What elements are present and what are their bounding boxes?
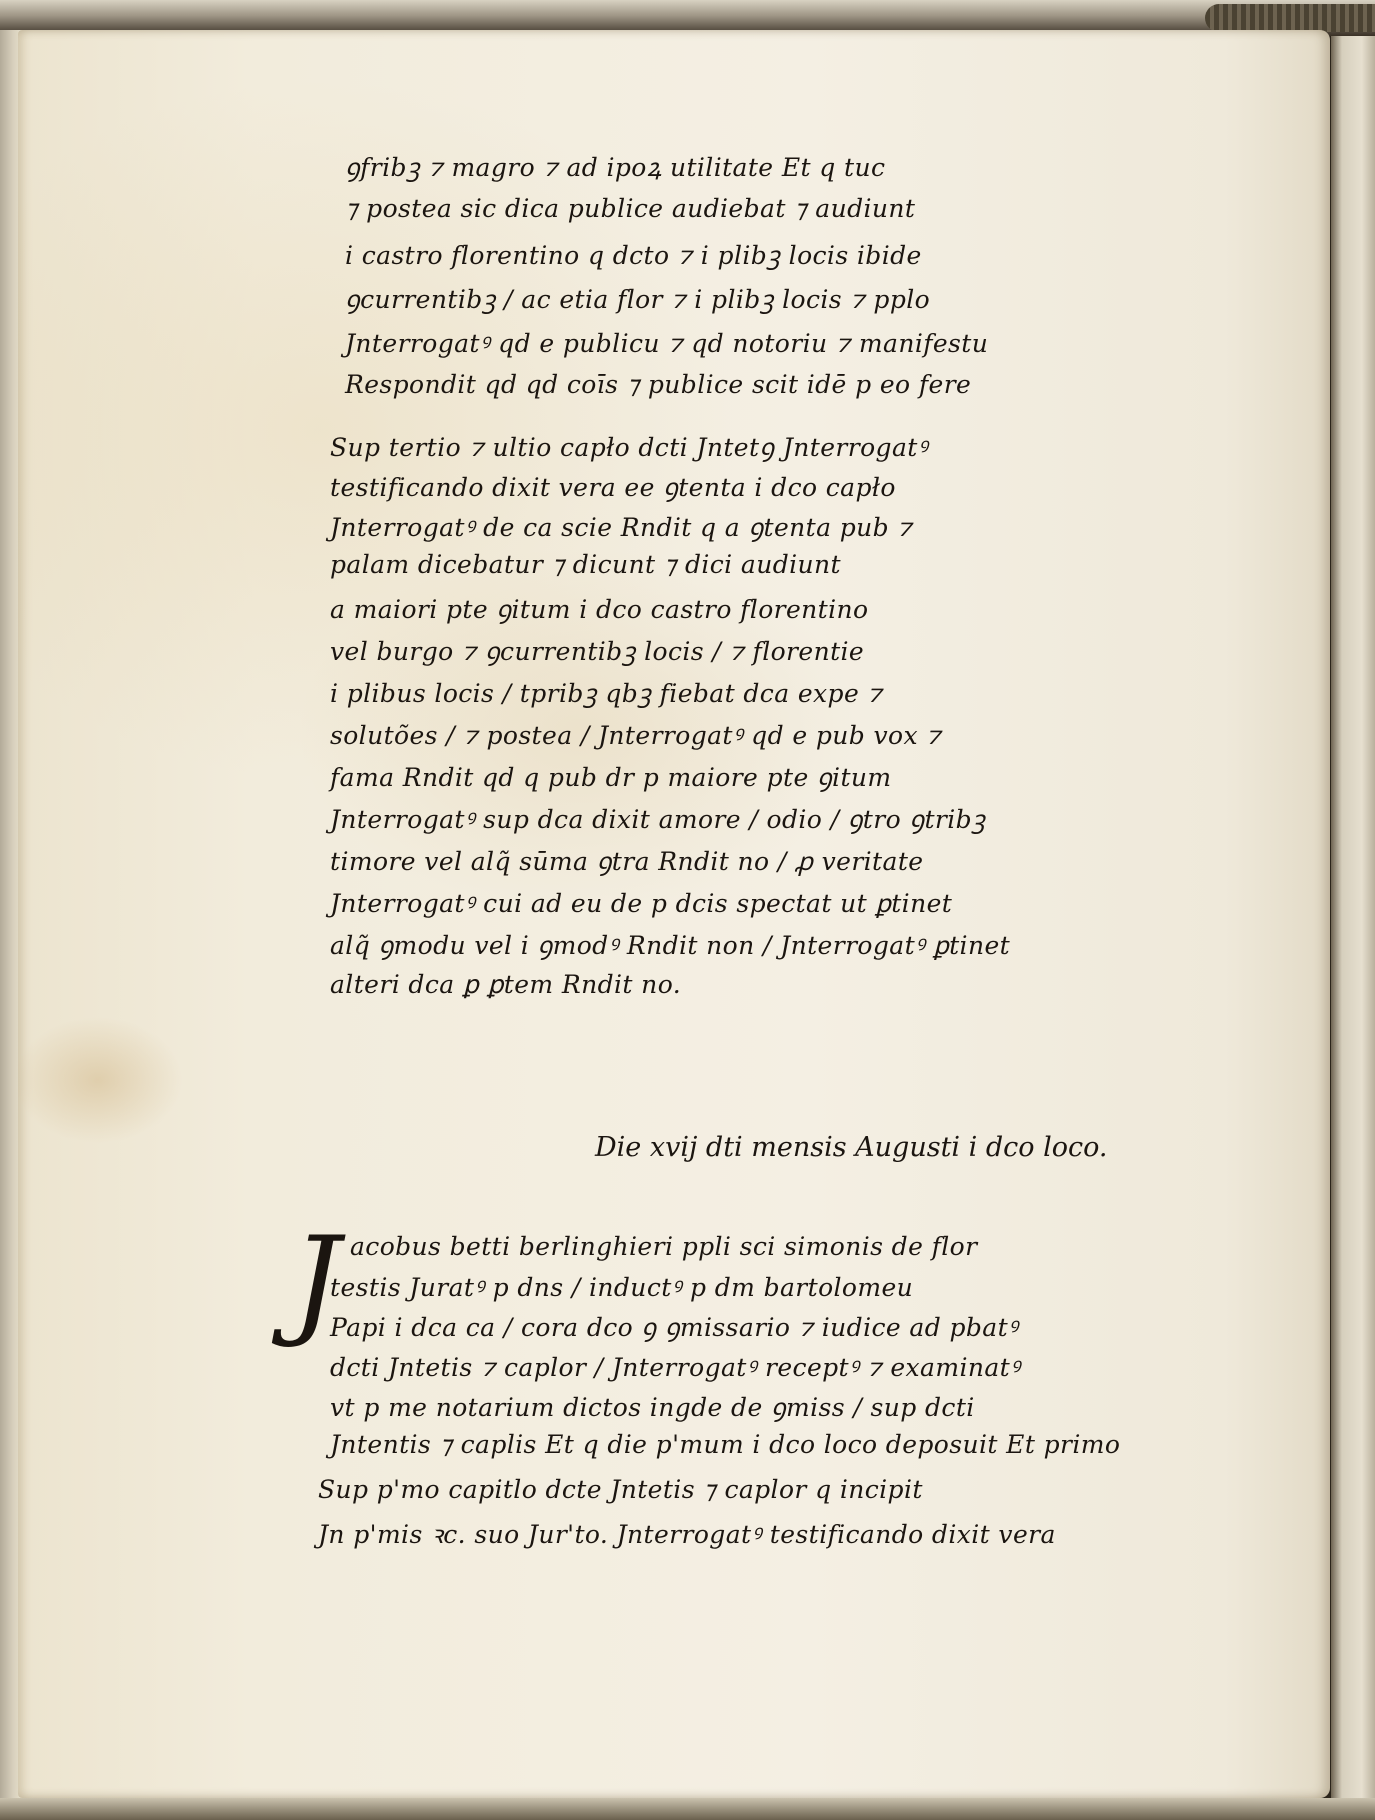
text-line: Jnterrogatꝰ qd e publicu ⁊ qd notoriu ⁊ … (345, 326, 988, 360)
text-line: Jnterrogatꝰ sup dca dixit amore / odio /… (330, 802, 985, 836)
text-line: vel burgo ⁊ ꝯcurrentibꝫ locis / ⁊ floren… (330, 634, 864, 668)
text-line: Sup p'mo capitlo dcte Jntetis ⁊ caplor q… (318, 1475, 923, 1504)
text-line: i plibus locis / tpribꝫ qbꝫ fiebat dca e… (330, 676, 882, 710)
text-line: acobus betti berlinghieri ppli sci simon… (350, 1232, 977, 1261)
text-line: Jn p'mis ꝛc. suo Jur'to. Jnterrogatꝰ tes… (318, 1517, 1056, 1551)
adjacent-pages-edge (1331, 36, 1375, 1820)
binding-cord (1205, 4, 1375, 32)
text-line: testificando dixit vera ee ꝯtenta i dco … (330, 470, 896, 504)
text-line: Respondit qd qd coīs ⁊ publice scit idē … (345, 370, 971, 399)
text-line: palam dicebatur ⁊ dicunt ⁊ dici audiunt (330, 550, 841, 579)
date-line: Die xvij dti mensis Augusti i dco loco. (595, 1132, 1108, 1163)
text-line: dcti Jntetis ⁊ caplor / Jnterrogatꝰ rece… (330, 1350, 1020, 1384)
text-line: Jnterrogatꝰ de ca scie Rndit q a ꝯtenta … (330, 510, 912, 544)
text-line: a maiori pte ꝯitum i dco castro florenti… (330, 592, 868, 626)
text-line: ꝯcurrentibꝫ / ac etia flor ⁊ i plibꝫ loc… (345, 282, 930, 316)
text-line: Papi i dca ca / cora dco ꝯ ꝯmissario ⁊ i… (330, 1310, 1018, 1344)
text-line: Jntentis ⁊ caplis Et q die p'mum i dco l… (330, 1430, 1120, 1459)
text-line: timore vel alq̃ sūma ꝯtra Rndit no / ꝓ v… (330, 844, 923, 878)
text-line: Sup tertio ⁊ ultio capło dcti Jntetꝯ Jnt… (330, 430, 928, 464)
text-line: vt p me notarium dictos ingde de ꝯmiss /… (330, 1390, 975, 1424)
text-line: Jnterrogatꝰ cui ad eu de p dcis spectat … (330, 886, 952, 920)
text-line: ⁊ postea sic dica publice audiebat ⁊ aud… (345, 194, 915, 223)
text-line: solutões / ⁊ postea / Jnterrogatꝰ qd e p… (330, 718, 941, 752)
text-line: testis Juratꝰ p dns / inductꝰ p dm barto… (330, 1270, 913, 1304)
text-line: alq̃ ꝯmodu vel i ꝯmodꝰ Rndit non / Jnter… (330, 928, 1010, 962)
text-line: alteri dca ꝑ ꝑtem Rndit no. (330, 970, 681, 999)
book-binding-bottom (0, 1798, 1375, 1820)
text-line: ꝯfribꝫ ⁊ magro ⁊ ad ipoꝝ utilitate Et q … (345, 150, 885, 184)
text-line: i castro florentino q dcto ⁊ i plibꝫ loc… (345, 238, 922, 272)
text-line: fama Rndit qd q pub dr p maiore pte ꝯitu… (330, 760, 892, 794)
